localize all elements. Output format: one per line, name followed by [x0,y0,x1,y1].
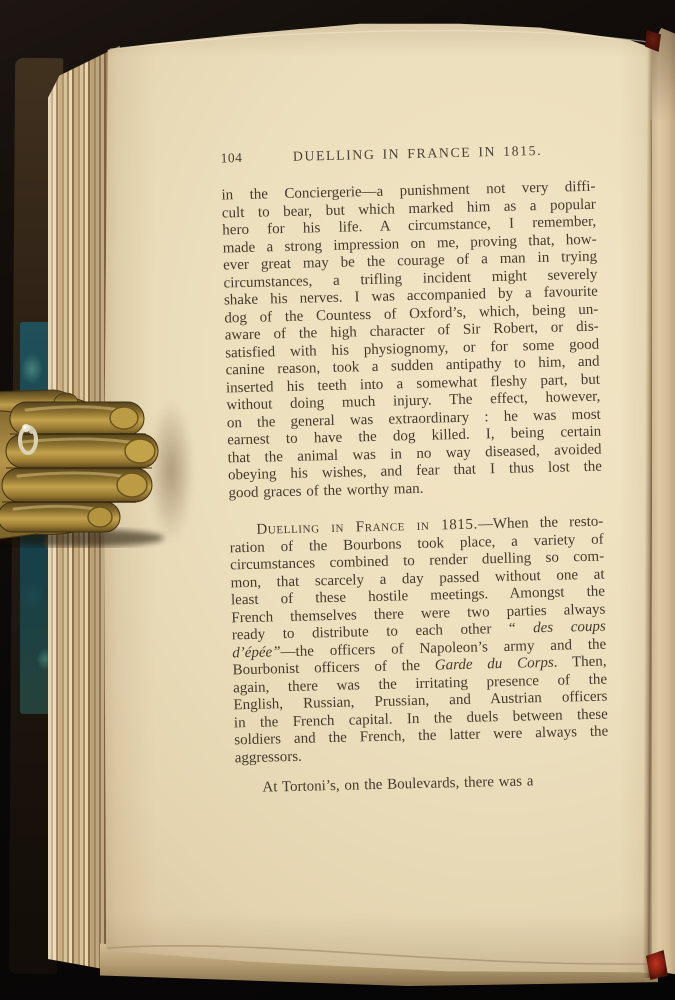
paragraph-conciergerie: in the Conciergerie—a punishment not ver… [221,179,602,503]
text-segment: Bourbonist officers of the [232,658,434,679]
paragraph-duelling-in-france: Duelling in France in 1815.—When the res… [229,514,609,768]
italic-french-phrase: Garde du Corps [435,655,554,674]
page-number: 104 [220,148,282,167]
text-segment: —When the resto- [478,514,604,533]
facing-page-edge [652,26,675,978]
book-photograph: 104 DUELLING IN FRANCE IN 1815. in the C… [0,0,675,1000]
text-segment: . Then, [554,654,607,671]
italic-french-phrase: d’épée” [232,644,281,661]
brass-hand-page-weight [0,388,174,548]
italic-french-phrase: des coups [533,619,606,637]
printed-text-block: 104 DUELLING IN FRANCE IN 1815. in the C… [220,141,609,798]
